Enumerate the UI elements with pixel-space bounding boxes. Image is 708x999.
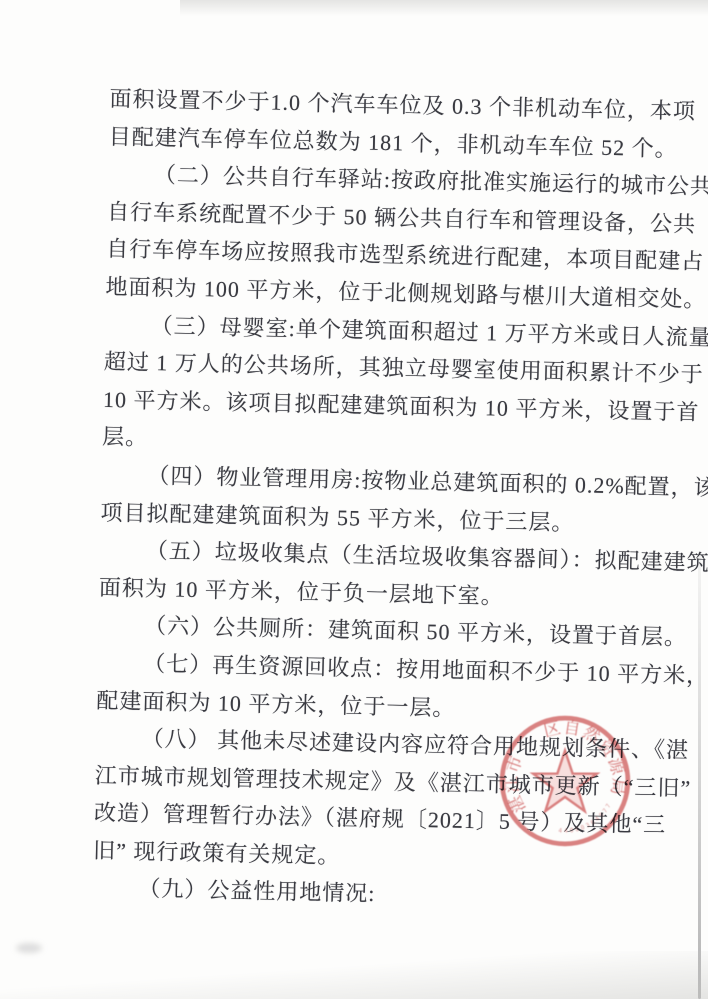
scan-shadow-bottom bbox=[0, 951, 708, 999]
scanned-page: { "doc": { "lines": [ "面积设置不少于1.0 个汽车车位及… bbox=[0, 0, 708, 999]
scan-smudge bbox=[16, 943, 42, 953]
scan-page-edge-line bbox=[698, 552, 701, 999]
scan-shadow-top bbox=[180, 0, 708, 16]
document-body: 面积设置不少于1.0 个汽车车位及 0.3 个非机动车位，本项 目配建汽车停车位… bbox=[92, 80, 658, 919]
